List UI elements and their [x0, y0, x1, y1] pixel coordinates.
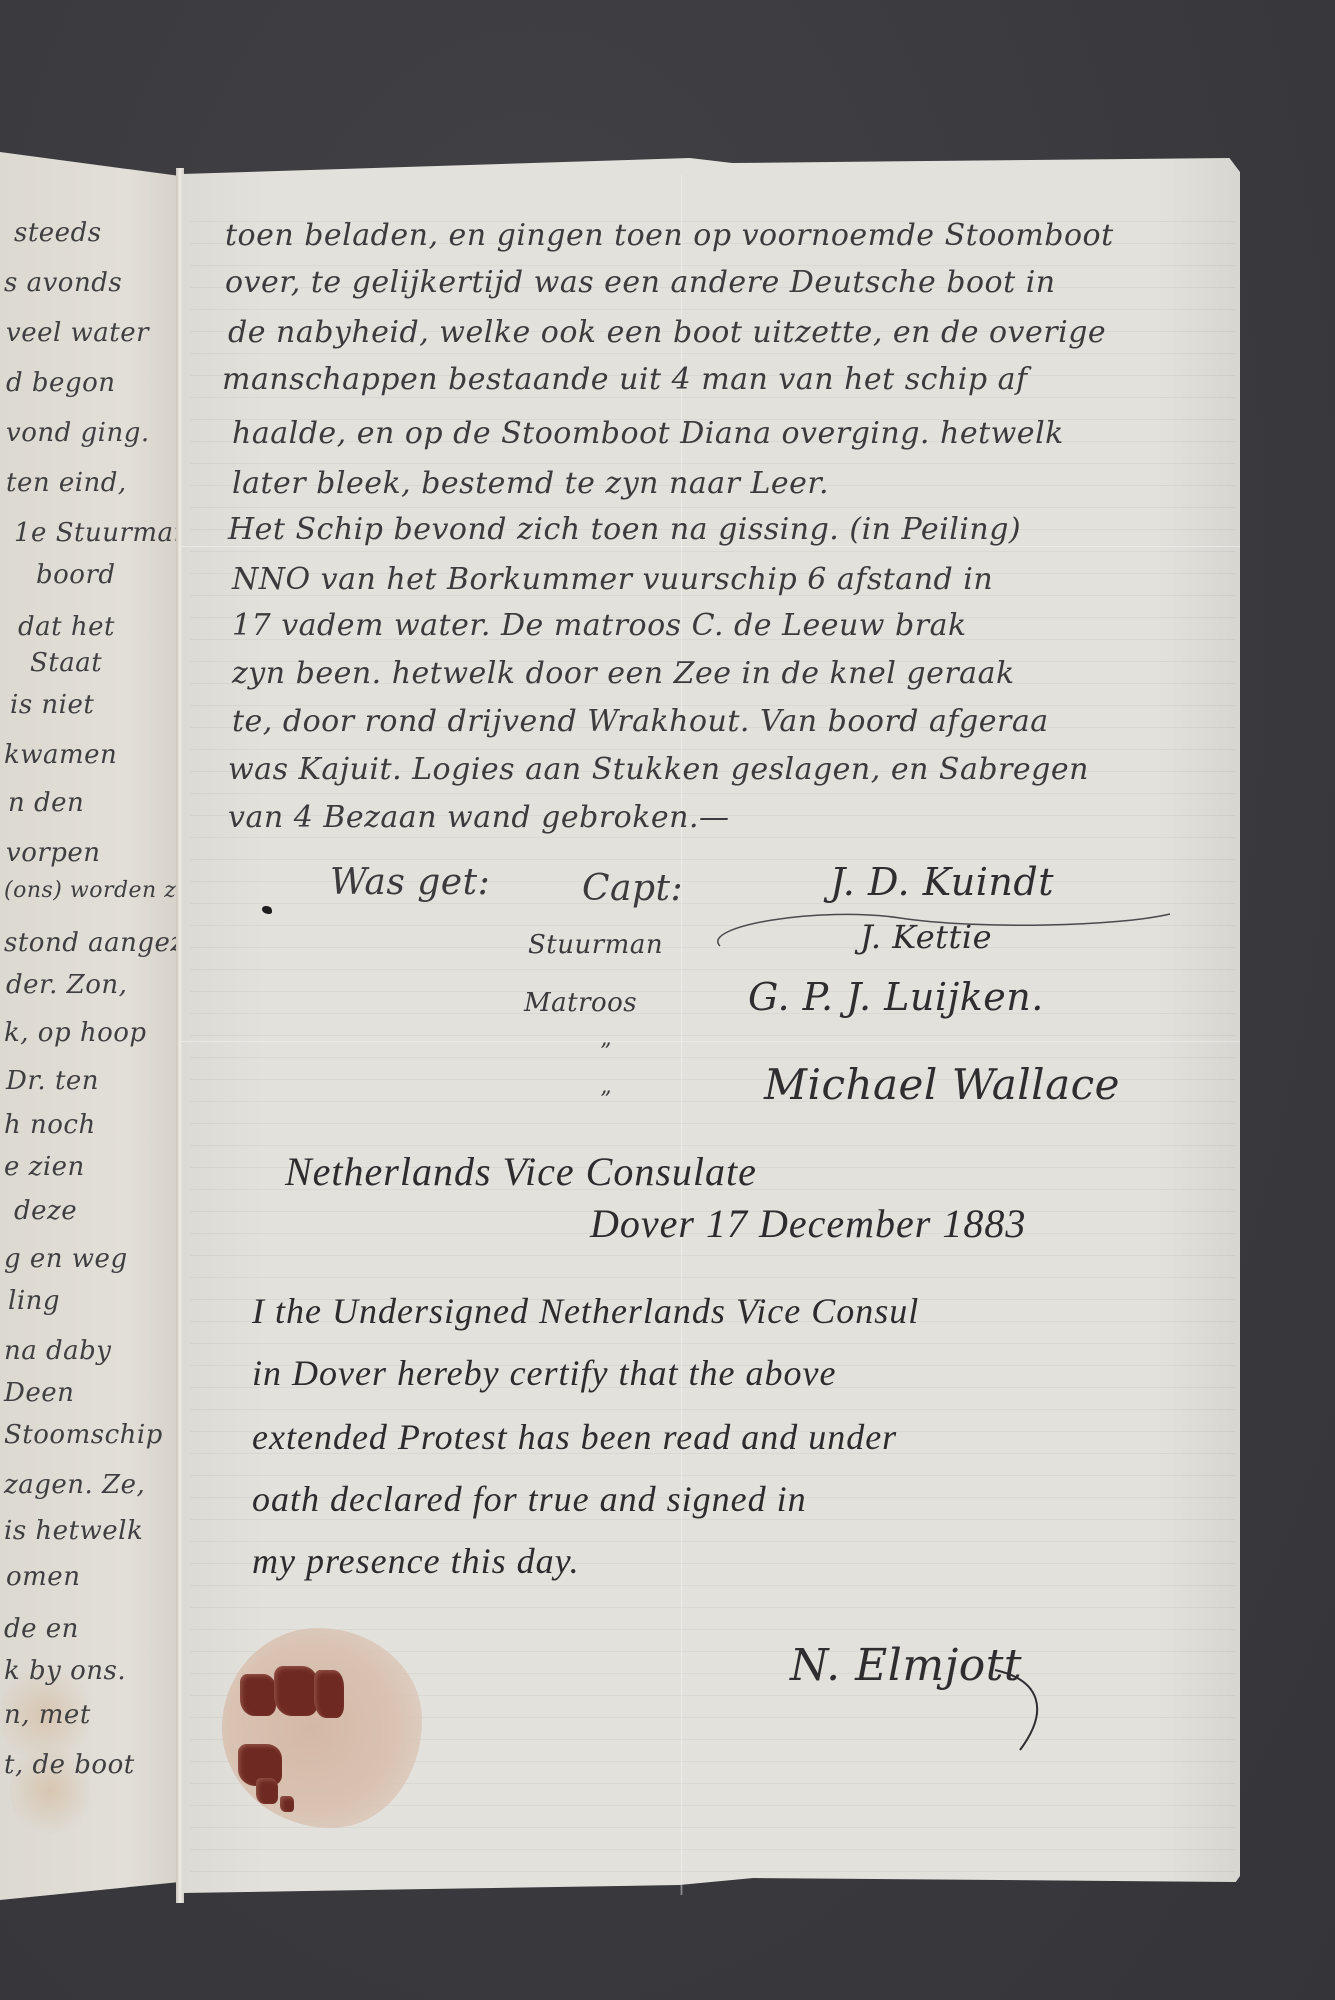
left-line: t, de boot: [4, 1750, 135, 1780]
role-sailor: Matroos: [524, 988, 637, 1018]
certificate-date: Dover 17 December 1883: [590, 1200, 1026, 1247]
role-captain: Capt:: [582, 868, 683, 909]
protest-line: later bleek, bestemd te zyn naar Leer.: [232, 466, 829, 501]
left-line: k, op hoop: [4, 1018, 147, 1048]
consulate-heading: Netherlands Vice Consulate: [285, 1148, 757, 1195]
signature-flourish: [990, 1650, 1070, 1760]
signature-flourish: [700, 896, 1180, 966]
left-line: kwamen: [4, 740, 117, 770]
wax-fragment: [256, 1778, 278, 1804]
consul-signature: N. Elmjott: [790, 1640, 1022, 1691]
left-line: n, met: [4, 1700, 91, 1730]
left-line: h noch: [4, 1110, 96, 1140]
left-line: 1e Stuurman: [14, 518, 191, 548]
left-line: ling: [8, 1286, 60, 1316]
left-line: vond ging.: [6, 418, 150, 448]
protest-line: was Kajuit. Logies aan Stukken geslagen,…: [228, 752, 1089, 787]
left-line: na daby: [4, 1336, 112, 1366]
certificate-line: oath declared for true and signed in: [252, 1478, 807, 1520]
left-line: dat het: [18, 612, 115, 642]
ink-blot: [262, 906, 272, 914]
left-line: deze: [14, 1196, 77, 1226]
certificate-line: my presence this day.: [252, 1540, 580, 1582]
protest-line: over, te gelijkertijd was een andere Deu…: [225, 265, 1056, 300]
left-line: veel water: [6, 318, 149, 348]
left-line: is niet: [10, 690, 94, 720]
protest-line: 17 vadem water. De matroos C. de Leeuw b…: [232, 608, 967, 643]
protest-line: toen beladen, en gingen toen op voornoem…: [225, 218, 1114, 253]
left-line: steeds: [14, 218, 102, 248]
signature-sailor-2: Michael Wallace: [764, 1060, 1120, 1109]
left-line: s avonds: [4, 268, 122, 298]
protest-line: van 4 Bezaan wand gebroken.—: [228, 800, 730, 835]
certificate-line: I the Undersigned Netherlands Vice Consu…: [252, 1290, 919, 1332]
wax-fragment: [314, 1670, 344, 1718]
protest-line: Het Schip bevond zich toen na gissing. (…: [228, 512, 1021, 547]
wax-fragment: [280, 1796, 294, 1812]
role-mate: Stuurman: [528, 930, 663, 960]
protest-line: haalde, en op de Stoomboot Diana overgin…: [232, 416, 1064, 451]
left-line: der. Zon,: [6, 970, 127, 1000]
certificate-line: extended Protest has been read and under: [252, 1416, 897, 1458]
horizontal-crease: [182, 1040, 1240, 1043]
left-line: g en weg: [4, 1244, 128, 1274]
signed-prefix: Was get:: [330, 862, 490, 903]
left-line: de en: [4, 1614, 79, 1644]
left-line: boord: [36, 560, 116, 590]
left-line: zagen. Ze,: [4, 1470, 145, 1500]
left-line: Dr. ten: [6, 1066, 99, 1096]
left-line: ten eind,: [6, 468, 127, 498]
ditto-mark: ”: [600, 1088, 612, 1113]
left-line: d begon: [6, 368, 115, 398]
protest-line: zyn been. hetwelk door een Zee in de kne…: [232, 656, 1015, 691]
left-line: n den: [8, 788, 84, 818]
left-line: Staat: [30, 648, 102, 678]
protest-line: de nabyheid, welke ook een boot uitzette…: [228, 315, 1106, 350]
left-line: omen: [6, 1562, 80, 1592]
protest-line: manschappen bestaande uit 4 man van het …: [222, 362, 1028, 397]
wax-fragment: [240, 1674, 276, 1716]
certificate-line: in Dover hereby certify that the above: [252, 1352, 836, 1394]
protest-line: te, door rond drijvend Wrakhout. Van boo…: [232, 704, 1049, 739]
left-line: vorpen: [6, 838, 101, 868]
ditto-mark: ”: [600, 1040, 612, 1065]
left-line: e zien: [4, 1152, 85, 1182]
left-line: Deen: [4, 1378, 74, 1408]
signature-sailor-1: G. P. J. Luijken.: [748, 975, 1044, 1019]
left-line: Stoomschip: [4, 1420, 163, 1450]
wax-fragment: [274, 1666, 318, 1716]
left-line: k by ons.: [4, 1656, 126, 1686]
protest-line: NNO van het Borkummer vuurschip 6 afstan…: [232, 562, 993, 597]
left-line: is hetwelk: [4, 1516, 143, 1546]
